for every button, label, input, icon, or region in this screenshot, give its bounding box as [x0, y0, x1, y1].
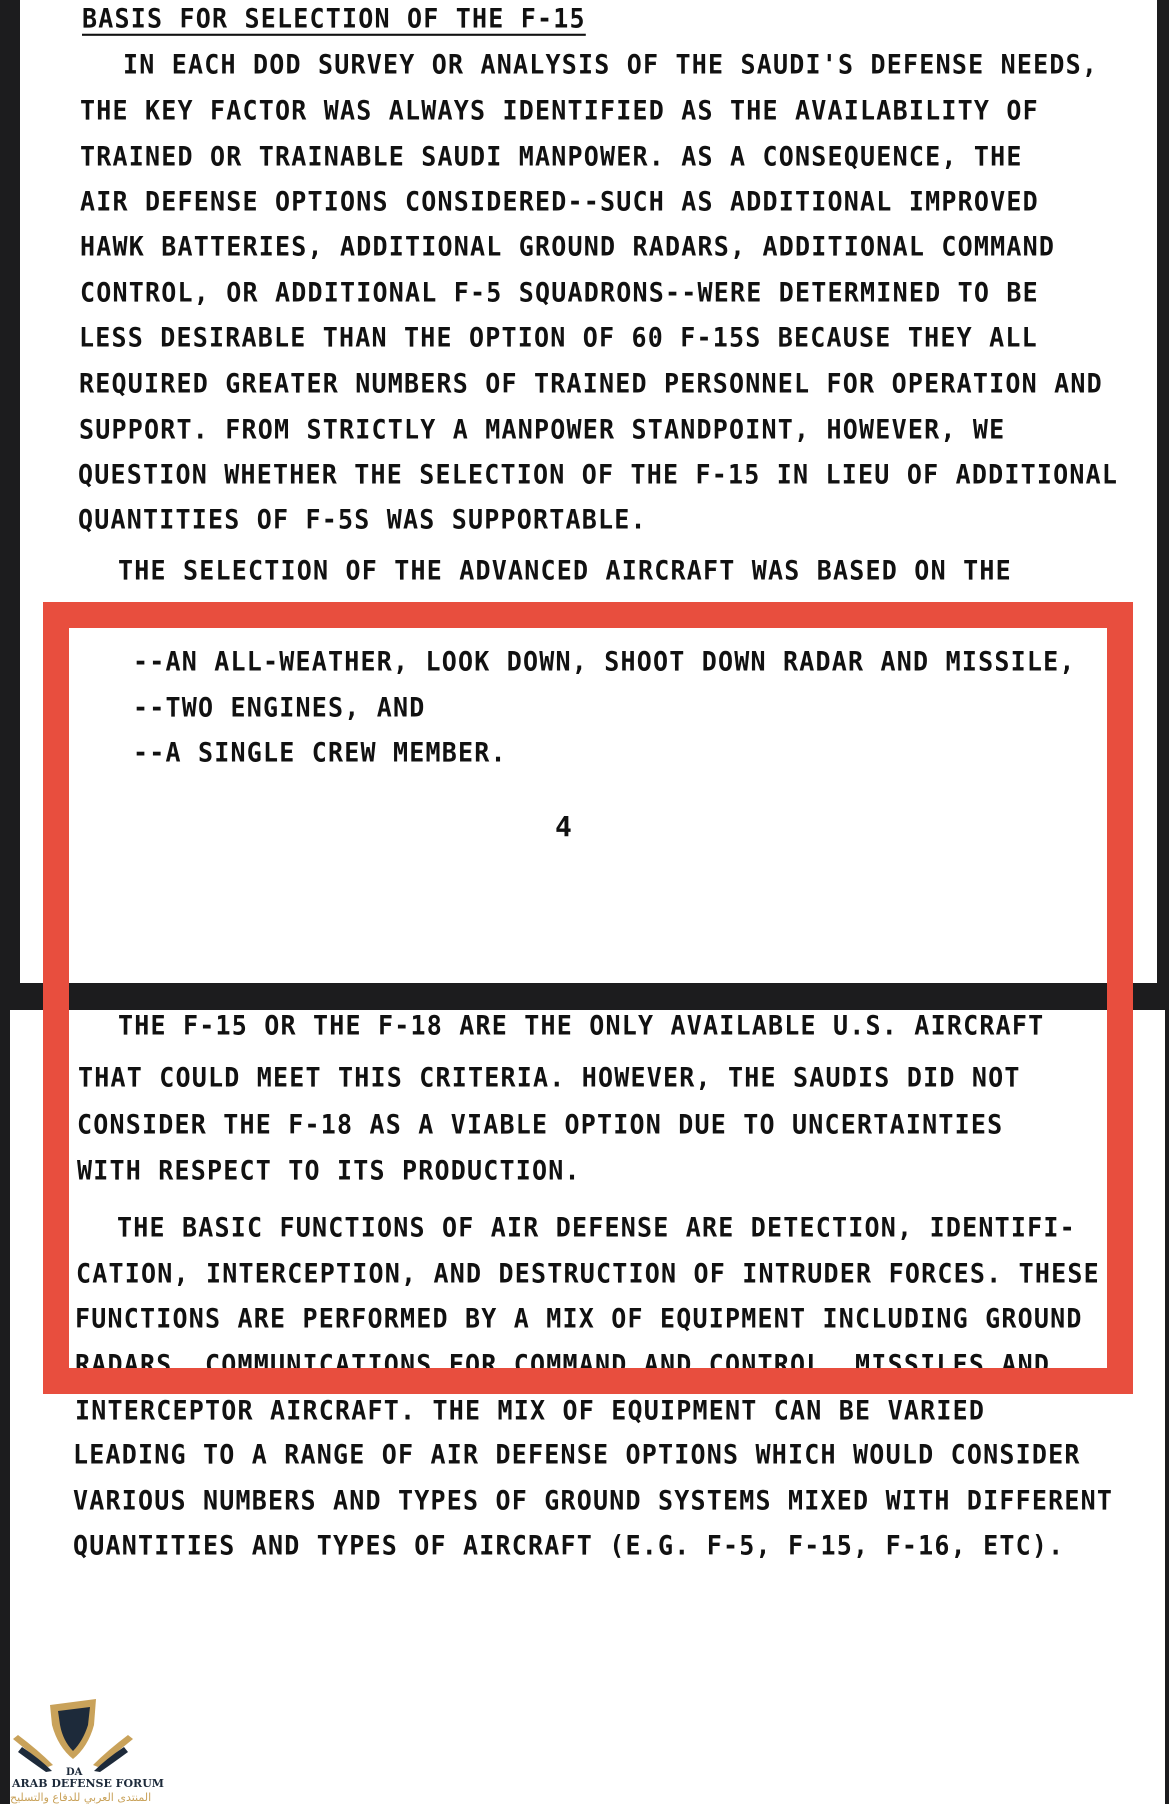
criteria-item: --Two engines, and: [133, 692, 426, 722]
text-line: various numbers and types of ground syst…: [73, 1485, 1113, 1515]
text-line: question whether the selection of the F-…: [78, 459, 1118, 489]
page-number: 4: [555, 810, 572, 843]
text-line: less desirable than the option of 60 F-1…: [79, 322, 1038, 352]
text-line: air defense options considered--such as …: [80, 186, 1039, 216]
text-line: HAWK batteries, additional ground radars…: [80, 231, 1055, 261]
text-line: the key factor was always identified as …: [80, 95, 1039, 125]
text-line: required greater numbers of trained pers…: [79, 368, 1103, 398]
text-line: with respect to its production.: [77, 1155, 581, 1185]
watermark-logo: DA ARAB DEFENSE FORUM المنتدى العربي للد…: [8, 1695, 138, 1804]
text-line: interceptor aircraft. The mix of equipme…: [75, 1395, 985, 1425]
watermark-name-en: ARAB DEFENSE FORUM: [12, 1777, 164, 1790]
text-line: cation, interception, and destruction of…: [76, 1258, 1100, 1288]
shield-wings-icon: DA: [8, 1695, 138, 1777]
document-page-2: The F-15 or the F-18 are the only availa…: [10, 1010, 1165, 1804]
text-line: that could meet this criteria. However, …: [78, 1062, 1021, 1092]
text-line: quantities of F-5s was supportable.: [78, 504, 647, 534]
text-line: leading to a range of air defense option…: [73, 1439, 1081, 1469]
text-line: functions are performed by a mix of equi…: [75, 1303, 1083, 1333]
text-line: radars, communications for command and c…: [75, 1349, 1050, 1379]
text-line: quantities and types of aircraft (e.g. F…: [73, 1530, 1064, 1560]
text-line: The F-15 or the F-18 are the only availa…: [118, 1010, 1044, 1040]
document-page-1: Basis for selection of the F-15 In each …: [20, 0, 1157, 983]
criteria-item: --An all-weather, look down, shoot down …: [133, 646, 1076, 676]
criteria-item: --A single crew member.: [133, 737, 507, 767]
watermark-name-ar: المنتدى العربي للدفاع والتسليح: [10, 1791, 151, 1804]
text-line: In each DOD survey or analysis of the Sa…: [123, 49, 1098, 79]
text-line: consider the F-18 as a viable option due…: [77, 1109, 1003, 1139]
text-line: The selection of the advanced aircraft w…: [118, 555, 1012, 585]
text-line: trained or trainable Saudi manpower. As …: [80, 141, 1023, 171]
text-line: control, or additional F-5 squadrons--we…: [80, 277, 1039, 307]
text-line: Saudi's criteria which were:: [78, 599, 533, 629]
svg-text:DA: DA: [66, 1767, 83, 1777]
text-line: support. From strictly a manpower standp…: [79, 414, 1005, 444]
text-line: The basic functions of air defense are d…: [117, 1212, 1076, 1242]
section-heading: Basis for selection of the F-15: [82, 3, 586, 33]
